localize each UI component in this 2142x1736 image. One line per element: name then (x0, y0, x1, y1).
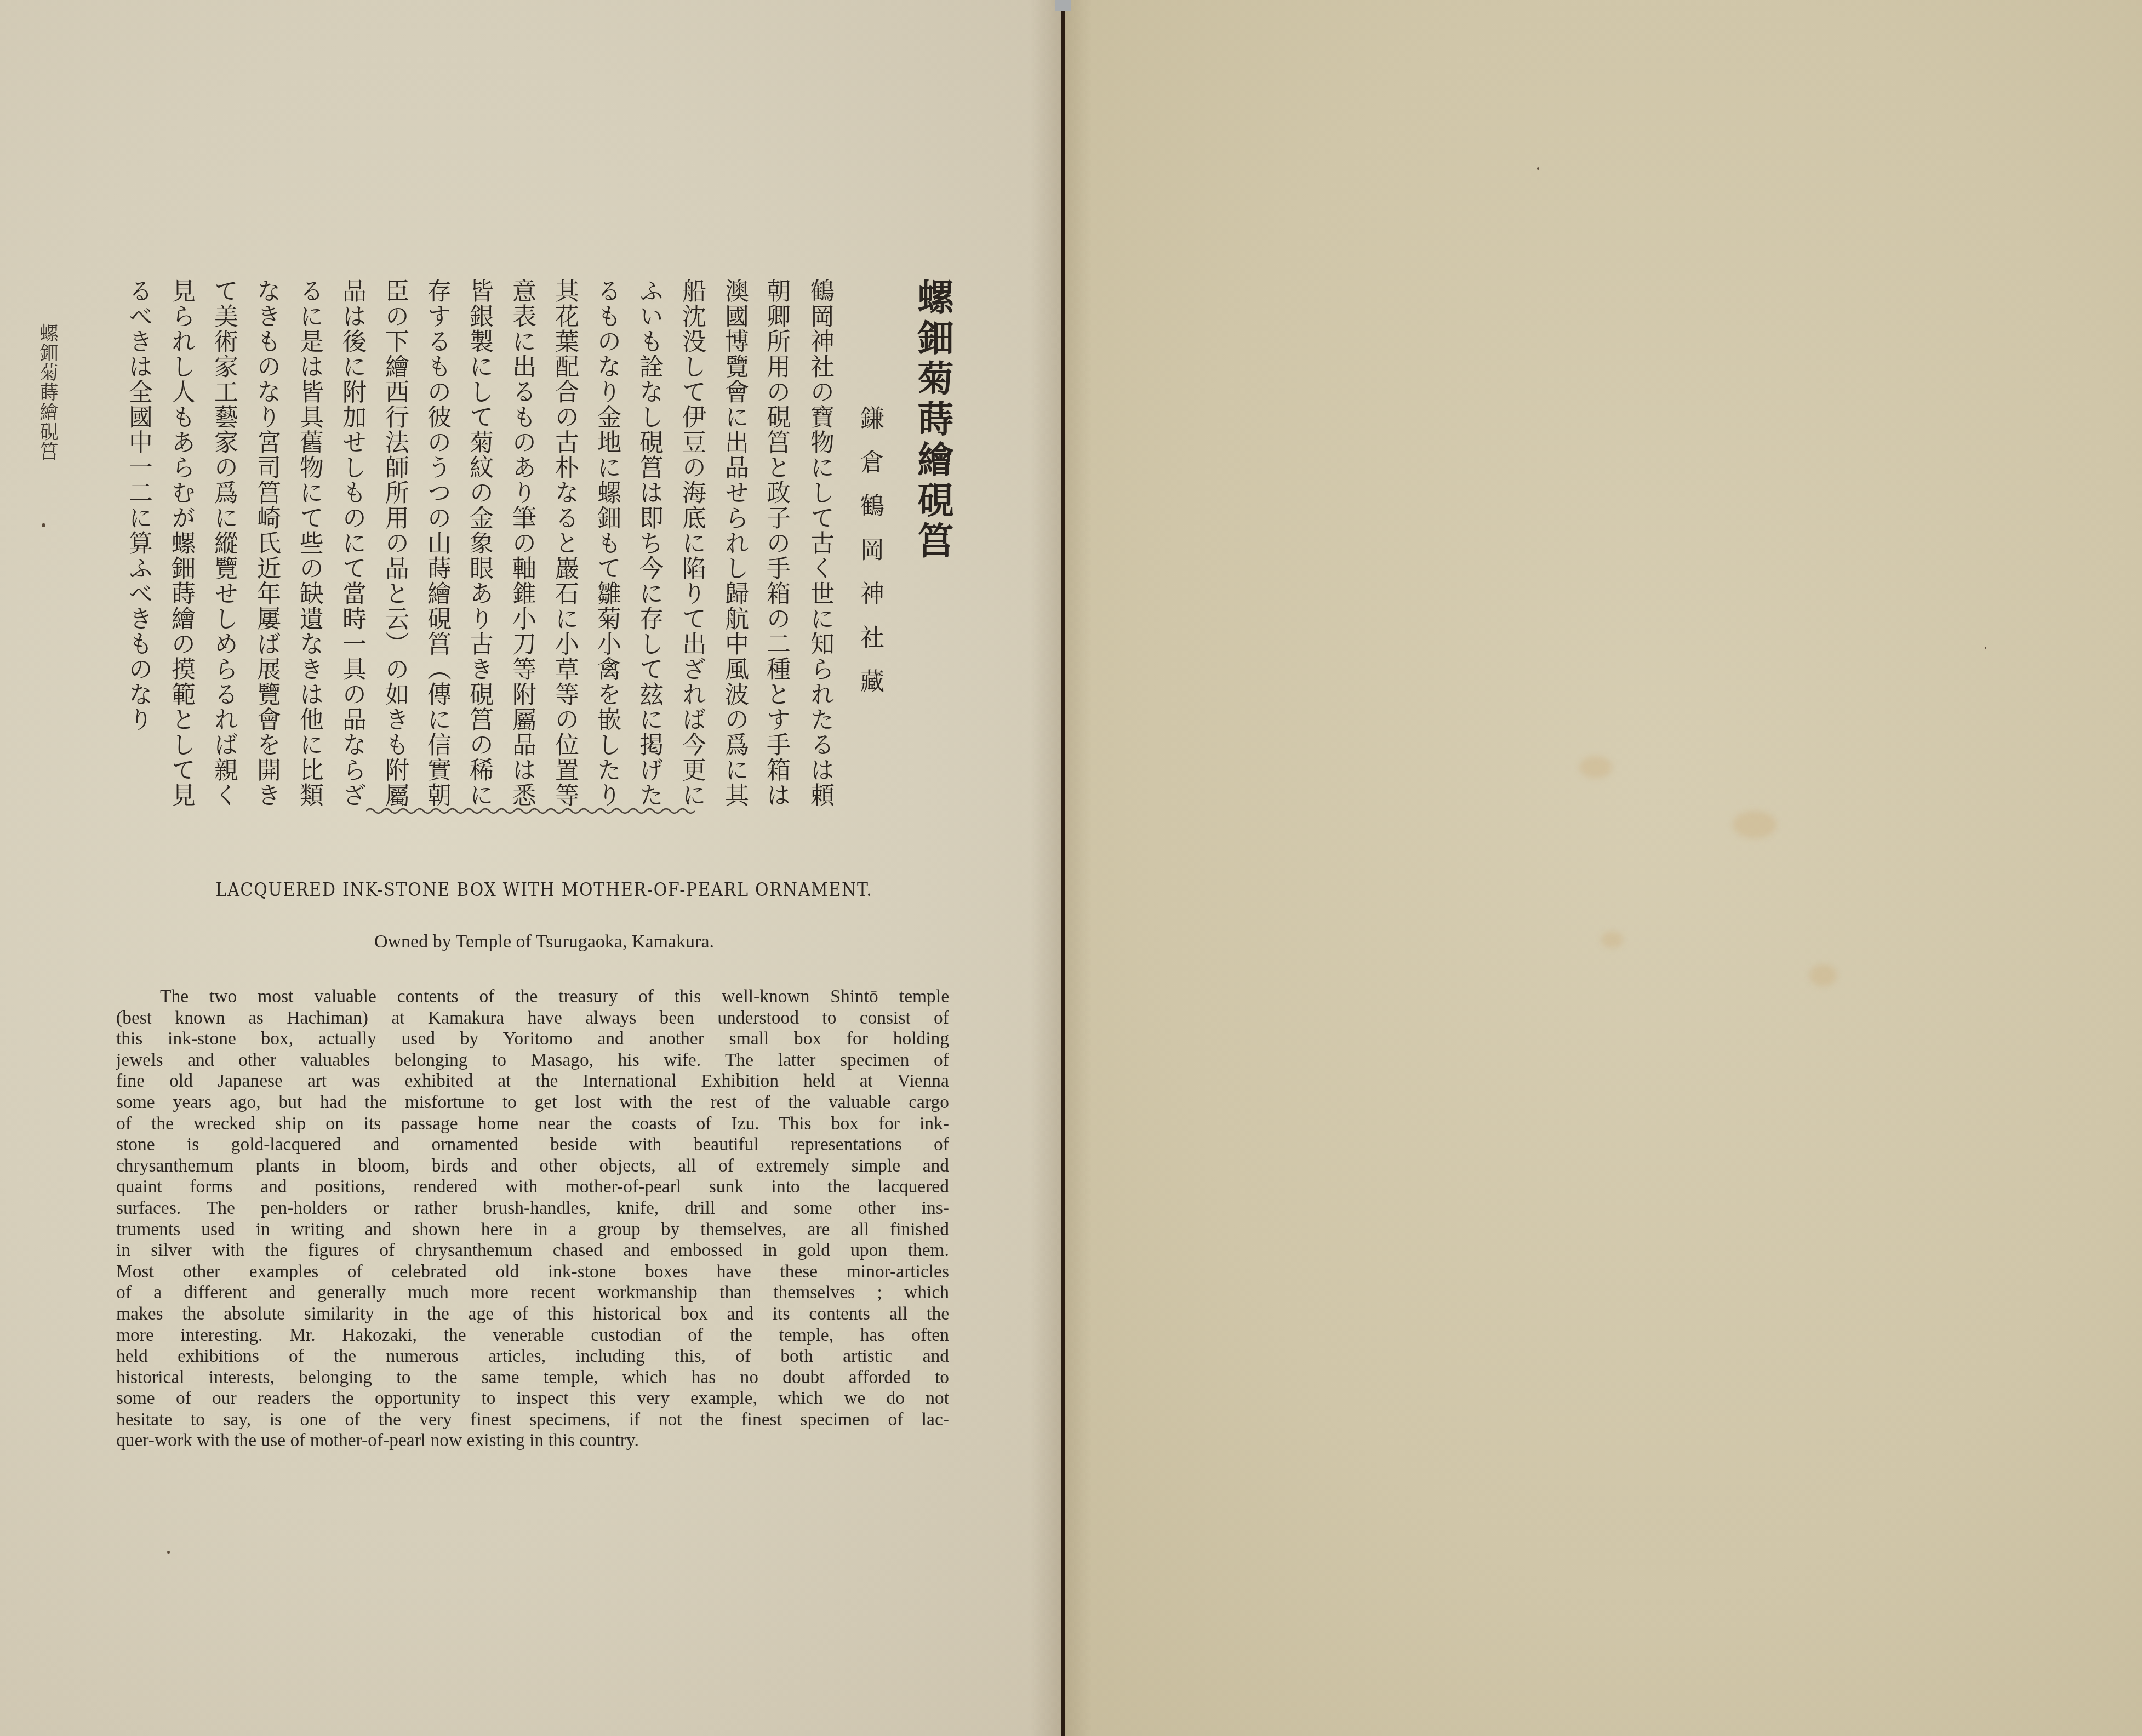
body-en-line: of a different and generally much more r… (116, 1282, 949, 1304)
body-en-line: quaint forms and positions, rendered wit… (116, 1177, 949, 1198)
book-gutter (1061, 11, 1065, 1736)
left-page: 螺鈿菊蒔繪硯筥 螺鈿菊蒔繪硯筥 鎌倉鶴岡神社藏 鶴岡神社の寶物にして古く世に知ら… (0, 0, 1063, 1736)
body-en-line: some years ago, but had the misfortune t… (116, 1092, 949, 1113)
ink-speck (167, 1551, 170, 1554)
body-jp-col-6: るものなり金地に螺鈿もて雛菊小禽を嵌したり (595, 278, 619, 808)
body-en-line: more interesting. Mr. Hakozaki, the vene… (116, 1325, 949, 1346)
body-jp-col-11: 臣の下繪西行法師所用の品と云）の如きも附屬 (382, 278, 407, 808)
body-en-line: makes the absolute similarity in the age… (116, 1304, 949, 1325)
body-en: The two most valuable contents of the tr… (116, 986, 949, 1452)
foxing-stain (1733, 811, 1777, 838)
body-en-line: jewels and other valuables belonging to … (116, 1050, 949, 1071)
body-jp-col-1: 鶴岡神社の寶物にして古く世に知られたるは頼 (808, 278, 832, 808)
body-en-line: of the wrecked ship on its passage home … (116, 1113, 949, 1135)
body-en-line: hesitate to say, is one of the very fine… (116, 1409, 949, 1431)
body-jp-col-7: 其花葉配合の古朴なると巖石に小草等の位置等 (552, 278, 576, 808)
body-en-line: some of our readers the opportunity to i… (116, 1388, 949, 1409)
gutter-notch (1055, 0, 1071, 11)
wavy-rule-divider (366, 806, 695, 816)
book-spread: 螺鈿菊蒔繪硯筥 螺鈿菊蒔繪硯筥 鎌倉鶴岡神社藏 鶴岡神社の寶物にして古く世に知ら… (0, 0, 2142, 1736)
body-jp-col-10: 存するもの彼のうつの山蒔繪硯筥（傳に信實朝 (425, 278, 449, 808)
body-en-line: chrysanthemum plants in bloom, birds and… (116, 1156, 949, 1177)
ink-speck (1985, 647, 1986, 649)
body-jp-col-14: なきものなり宮司筥崎氏近年屢ば展覽會を開き (254, 278, 278, 808)
body-en-line: held exhibitions of the numerous article… (116, 1346, 949, 1367)
body-en-line: quer-work with the use of mother-of-pear… (116, 1430, 949, 1452)
body-jp-col-15: て美術家工藝家の爲に縱覽せしめらるれば親く (212, 278, 236, 808)
body-en-line: surfaces. The pen-holders or rather brus… (116, 1198, 949, 1219)
body-jp-col-12: 品は後に附加せしものにて當時一具の品ならざ (340, 278, 364, 808)
body-jp-col-2: 朝卿所用の硯筥と政子の手箱の二種とす手箱は (764, 278, 788, 808)
body-jp-col-5: ふいも詮なし硯筥は即ち今に存して玆に掲げた (637, 278, 661, 808)
body-jp-col-8: 意表に出るものあり筆の軸錐小刀等附屬品は悉 (510, 278, 534, 808)
body-jp-col-4: 船沈没して伊豆の海底に陷りて出ざれば今更に (679, 278, 704, 808)
body-en-line: truments used in writing and shown here … (116, 1219, 949, 1241)
body-en-line: (best known as Hachiman) at Kamakura hav… (116, 1008, 949, 1029)
owner-en: Owned by Temple of Tsurugaoka, Kamakura. (136, 932, 952, 952)
body-en-line: fine old Japanese art was exhibited at t… (116, 1071, 949, 1092)
title-jp: 螺鈿菊蒔繪硯筥 (907, 278, 959, 562)
body-jp-col-3: 澳國博覽會に出品せられし歸航中風波の爲に其 (722, 278, 746, 808)
body-jp-col-9: 皆銀製にして菊紋の金象眼あり古き硯筥の稀に (467, 278, 491, 808)
body-en-line: The two most valuable contents of the tr… (116, 986, 949, 1008)
foxing-stain (1579, 756, 1612, 778)
ink-speck (1537, 167, 1539, 170)
ink-speck (42, 523, 45, 527)
body-en-line: Most other examples of celebrated old in… (116, 1261, 949, 1283)
owner-jp: 鎌倉鶴岡神社藏 (852, 406, 887, 712)
foxing-stain (1601, 932, 1623, 948)
foxing-stain (1809, 964, 1837, 986)
right-page-blank (1064, 0, 2142, 1736)
body-jp-col-13: るに是は皆具舊物にて些の缺遺なきは他に比類 (297, 278, 321, 808)
body-jp-col-17: るべきは全國中一二に算ふべきものなり (126, 278, 150, 732)
body-en-line: in silver with the figures of chrysanthe… (116, 1240, 949, 1261)
body-en-line: this ink-stone box, actually used by Yor… (116, 1029, 949, 1050)
title-en: LACQUERED INK-STONE BOX WITH MOTHER-OF-P… (185, 879, 903, 901)
body-en-line: historical interests, belonging to the s… (116, 1367, 949, 1389)
body-en-line: stone is gold-lacquered and ornamented b… (116, 1134, 949, 1156)
body-jp-col-16: 見られし人もあらむが螺鈿蒔繪の摸範として見 (169, 278, 193, 808)
running-head-jp: 螺鈿菊蒔繪硯筥 (34, 323, 61, 461)
